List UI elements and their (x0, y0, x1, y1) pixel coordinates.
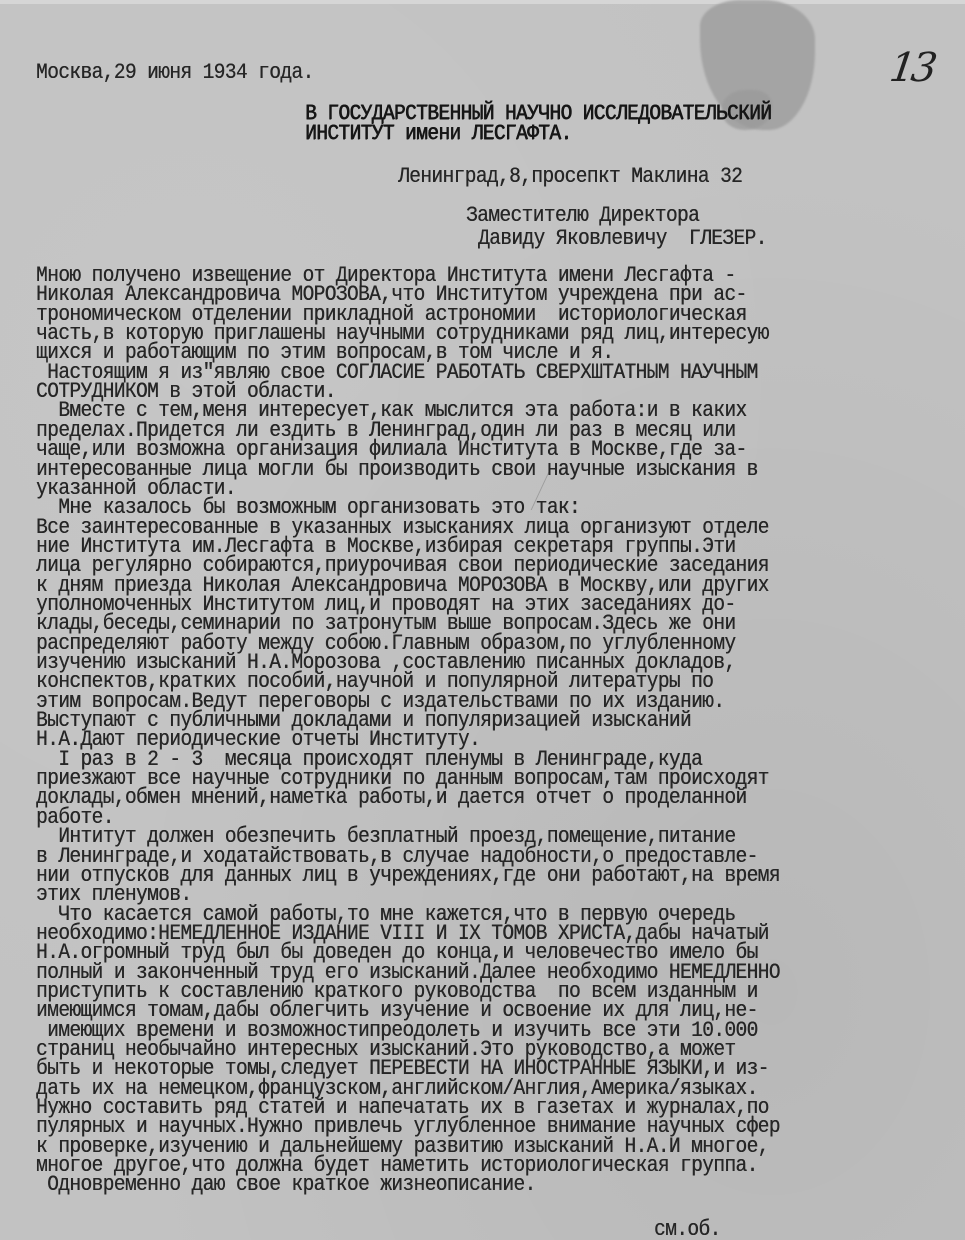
recipient-name: Давиду Яковлевичу ГЛЕЗЕР. (478, 226, 767, 251)
document-page: 13 Москва,29 июня 1934 года. В ГОСУДАРСТ… (0, 0, 965, 1240)
recipient-title: Заместителю Директора (466, 203, 699, 228)
body-line: Одновременно даю свое краткое жизнеописа… (36, 1172, 536, 1197)
page-top-edge (0, 0, 965, 4)
date-line: Москва,29 июня 1934 года. (36, 60, 314, 85)
footer-see-reverse-note: см.об. (654, 1217, 721, 1240)
handwritten-page-number: 13 (887, 45, 936, 91)
addressee-institution-line2: ИНСТИТУТ имени ЛЕСГАФТА. (305, 121, 571, 146)
body-line: доклады,обмен мнений,наметка работы,и да… (36, 785, 747, 810)
addressee-address: Ленинград,8,просепкт Маклина 32 (398, 164, 742, 189)
